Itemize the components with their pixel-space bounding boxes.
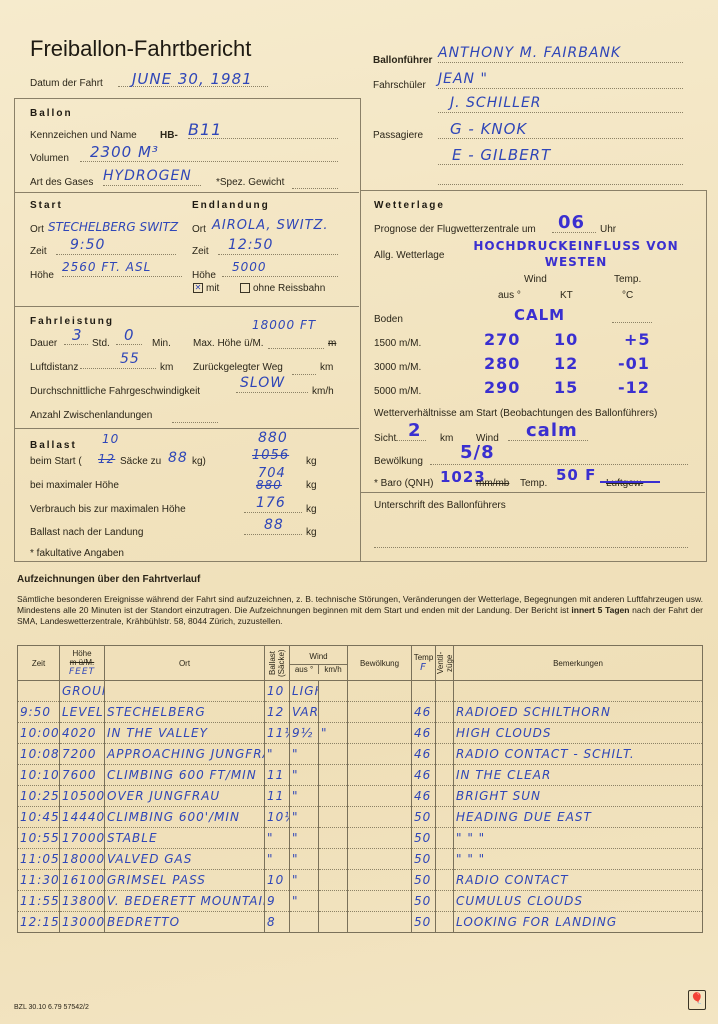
- ohne-label: ohne Reissbahn: [253, 283, 325, 294]
- baro-label: * Baro (QNH): [374, 478, 433, 489]
- log-cell-temp[interactable]: 50: [412, 807, 436, 828]
- ballast-nach-unit: kg: [306, 527, 317, 538]
- wind-row-1500: 1500 m/M. 270 10 +5: [374, 330, 694, 354]
- log-cell-ort[interactable]: V. BEDERETT MOUNTAIN: [105, 891, 265, 912]
- divider: [14, 428, 359, 429]
- log-cell-bem[interactable]: BRIGHT SUN: [454, 786, 703, 807]
- temp-value[interactable]: +5: [624, 330, 651, 349]
- landing-hoehe-value: 5000: [232, 260, 267, 274]
- bewoelkung-field[interactable]: 5/8: [430, 442, 688, 465]
- mit-checkbox[interactable]: ✕: [193, 283, 203, 293]
- log-cell-aus[interactable]: ": [290, 744, 319, 765]
- log-cell-temp[interactable]: 46: [412, 702, 436, 723]
- baro-unit: mm/mb: [476, 478, 509, 489]
- divider: [14, 306, 359, 307]
- landing-heading: Endlandung: [192, 200, 270, 211]
- log-cell-zeit[interactable]: 11:30: [18, 870, 60, 891]
- log-cell-aus[interactable]: VARIABLE: [290, 702, 319, 723]
- col-ballast: Ballast (Säcke): [265, 646, 290, 681]
- allg-wetterlage-label: Allg. Wetterlage: [374, 250, 444, 261]
- date-value: JUNE 30, 1981: [132, 70, 253, 88]
- col-bewoelkung: Bewölkung: [348, 646, 412, 681]
- wind-kt-value[interactable]: 10: [554, 330, 578, 349]
- wind-aus-value[interactable]: 270: [484, 330, 520, 349]
- log-cell-ort[interactable]: STABLE: [105, 828, 265, 849]
- log-row: 9:50LEVELSTECHELBERG12VARIABLE46RADIOED …: [18, 702, 703, 723]
- log-cell-bew[interactable]: [348, 807, 412, 828]
- c-col-label: °C: [622, 290, 633, 301]
- log-cell-aus[interactable]: [290, 912, 319, 933]
- log-cell-bew[interactable]: [348, 786, 412, 807]
- log-cell-zeit[interactable]: 11:05: [18, 849, 60, 870]
- log-cell-temp[interactable]: 46: [412, 765, 436, 786]
- log-body: GROUND10LIGHT &9:50LEVELSTECHELBERG12VAR…: [18, 681, 703, 933]
- maxhoehe-label: Max. Höhe ü/M.: [193, 338, 264, 349]
- log-cell-ort[interactable]: [105, 681, 265, 702]
- row-label: 1500 m/M.: [374, 338, 421, 349]
- log-cell-ventil[interactable]: [436, 681, 454, 702]
- allg-wetterlage-value: HOCHDRUCKEINFLUSS VON WESTEN: [456, 238, 696, 270]
- luftdistanz-unit: km: [160, 362, 173, 373]
- log-cell-temp[interactable]: 46: [412, 723, 436, 744]
- start-zeit-label: Zeit: [30, 246, 47, 257]
- saecke-new: 10: [102, 432, 119, 446]
- log-cell-bew[interactable]: [348, 828, 412, 849]
- log-cell-hoehe[interactable]: 7200: [60, 744, 105, 765]
- log-cell-kmh[interactable]: [319, 744, 348, 765]
- temp-obs-value[interactable]: 50 F: [556, 466, 596, 484]
- log-cell-kmh[interactable]: [319, 765, 348, 786]
- log-header-row: Zeit Höhem ü/M.FEET Ort Ballast (Säcke) …: [18, 646, 703, 681]
- gas-value: HYDROGEN: [103, 168, 192, 184]
- kg-per-sack: 88: [168, 450, 188, 466]
- row-label: Boden: [374, 314, 403, 325]
- passenger-value-2: E - GILBERT: [452, 146, 551, 164]
- student-value-1: JEAN ": [438, 71, 488, 87]
- log-cell-ort[interactable]: VALVED GAS: [105, 849, 265, 870]
- start-zeit-field[interactable]: 9:50: [56, 236, 176, 255]
- log-cell-bem[interactable]: LOOKING FOR LANDING: [454, 912, 703, 933]
- log-cell-ventil[interactable]: [436, 744, 454, 765]
- log-cell-aus[interactable]: ": [290, 870, 319, 891]
- log-cell-temp[interactable]: 50: [412, 849, 436, 870]
- zwischenlandungen-label: Anzahl Zwischenlandungen: [30, 410, 152, 421]
- log-cell-zeit[interactable]: 10:00: [18, 723, 60, 744]
- maxhoehe-field[interactable]: [268, 340, 324, 349]
- log-cell-kmh[interactable]: [319, 870, 348, 891]
- weg-label: Zurückgelegter Weg: [193, 362, 283, 373]
- id-field[interactable]: B11: [188, 120, 338, 139]
- dauer-std-field[interactable]: 3: [64, 326, 88, 345]
- log-cell-bew[interactable]: [348, 723, 412, 744]
- log-cell-zeit[interactable]: 10:45: [18, 807, 60, 828]
- col-hoehe-struck-unit: m ü/M.: [60, 658, 104, 667]
- log-cell-zeit[interactable]: 11:55: [18, 891, 60, 912]
- landing-ort-field[interactable]: AIROLA, SWITZ.: [212, 216, 329, 234]
- ballast-start-unit: kg: [306, 456, 317, 467]
- student-value-2: J. SCHILLER: [450, 95, 542, 111]
- wind-row-5000: 5000 m/M. 290 15 -12: [374, 378, 694, 402]
- luftdistanz-value: 55: [120, 351, 140, 367]
- passenger-value-1: G - KNOK: [450, 120, 527, 138]
- log-cell-ballast[interactable]: 8: [265, 912, 290, 933]
- log-cell-ventil[interactable]: [436, 807, 454, 828]
- temp-obs-label: Temp.: [520, 478, 547, 489]
- start-hoehe-label: Höhe: [30, 270, 54, 281]
- log-cell-ventil[interactable]: [436, 786, 454, 807]
- landing-hoehe-field[interactable]: 5000: [222, 258, 338, 277]
- luftgewicht-strike-mark: [600, 481, 660, 483]
- log-cell-aus[interactable]: ": [290, 786, 319, 807]
- log-cell-hoehe[interactable]: 7600: [60, 765, 105, 786]
- sicht-field[interactable]: 2: [396, 420, 426, 441]
- log-cell-ballast[interactable]: ": [265, 828, 290, 849]
- log-cell-ballast[interactable]: ": [265, 744, 290, 765]
- log-cell-ventil[interactable]: [436, 702, 454, 723]
- log-row: 10:107600CLIMBING 600 FT/MIN11"46IN THE …: [18, 765, 703, 786]
- ballon-heading: Ballon: [30, 108, 73, 119]
- ballast-start-new: 880: [258, 430, 288, 446]
- ballast-max-label: bei maximaler Höhe: [30, 480, 119, 491]
- log-cell-ventil[interactable]: [436, 870, 454, 891]
- log-cell-bew[interactable]: [348, 702, 412, 723]
- ballast-start-label: beim Start (: [30, 456, 82, 467]
- log-cell-hoehe[interactable]: 18000: [60, 849, 105, 870]
- log-cell-kmh[interactable]: [319, 891, 348, 912]
- temp-value[interactable]: -01: [618, 354, 650, 373]
- pilot-value: ANTHONY M. FAIRBANK: [438, 45, 621, 61]
- signature-field[interactable]: [374, 545, 688, 548]
- wind-aus-value[interactable]: CALM: [514, 306, 565, 324]
- col-bemerkungen: Bemerkungen: [454, 646, 703, 681]
- gas-label: Art des Gases: [30, 177, 93, 188]
- log-cell-kmh[interactable]: ": [319, 723, 348, 744]
- start-ort-field[interactable]: STECHELBERG SWITZ: [48, 218, 178, 236]
- flight-log-table: Zeit Höhem ü/M.FEET Ort Ballast (Säcke) …: [17, 645, 703, 933]
- col-ventil: Ventil-züge: [436, 646, 454, 681]
- uhr-label: Uhr: [600, 224, 616, 235]
- col-hoehe: Höhem ü/M.FEET: [60, 646, 105, 681]
- col-ort: Ort: [105, 646, 265, 681]
- saecke-label: Säcke zu: [120, 456, 161, 467]
- passenger-field-2[interactable]: E - GILBERT: [438, 146, 683, 165]
- col-temp: TempF: [412, 646, 436, 681]
- log-cell-zeit[interactable]: 10:55: [18, 828, 60, 849]
- aus-col-label: aus °: [498, 290, 521, 301]
- min-label: Min.: [152, 338, 171, 349]
- landing-zeit-field[interactable]: 12:50: [218, 236, 338, 255]
- log-cell-ventil[interactable]: [436, 723, 454, 744]
- log-cell-bem[interactable]: " " ": [454, 849, 703, 870]
- id-label: Kennzeichen und Name: [30, 130, 137, 141]
- log-cell-ventil[interactable]: [436, 849, 454, 870]
- form-page: Freiballon-Fahrtbericht Datum der Fahrt …: [0, 0, 718, 1024]
- log-cell-ort[interactable]: OVER JUNGFRAU: [105, 786, 265, 807]
- speed-value: SLOW: [240, 375, 285, 391]
- log-cell-bew[interactable]: [348, 681, 412, 702]
- log-cell-hoehe[interactable]: GROUND: [60, 681, 105, 702]
- sicht-label: Sicht: [374, 433, 396, 444]
- student-label: Fahrschüler: [373, 80, 426, 91]
- log-row: 10:4514440CLIMBING 600'/MIN10½"50HEADING…: [18, 807, 703, 828]
- log-cell-hoehe[interactable]: LEVEL: [60, 702, 105, 723]
- ohne-checkbox[interactable]: [240, 283, 250, 293]
- log-cell-ort[interactable]: BEDRETTO: [105, 912, 265, 933]
- log-cell-ventil[interactable]: [436, 828, 454, 849]
- form-title: Freiballon-Fahrtbericht: [30, 36, 251, 62]
- id-value: B11: [188, 120, 222, 139]
- log-cell-bem[interactable]: [454, 681, 703, 702]
- sicht-value: 2: [408, 420, 422, 441]
- log-cell-zeit[interactable]: [18, 681, 60, 702]
- log-cell-zeit[interactable]: 10:25: [18, 786, 60, 807]
- row-label: 3000 m/M.: [374, 362, 421, 373]
- dauer-min-value: 0: [124, 326, 135, 344]
- log-cell-ventil[interactable]: [436, 891, 454, 912]
- m-unit: m: [328, 338, 336, 349]
- log-cell-zeit[interactable]: 10:10: [18, 765, 60, 786]
- start-ort-label: Ort: [30, 224, 44, 235]
- log-instructions: Sämtliche besonderen Ereignisse während …: [17, 594, 703, 627]
- luftgewicht-label: Luftgew.: [606, 478, 643, 489]
- balloon-logo-icon: 🎈: [688, 990, 706, 1010]
- prognose-value: 06: [558, 212, 585, 233]
- wind-aus-value[interactable]: 280: [484, 354, 520, 373]
- ballast-start-old: 1056: [252, 448, 289, 463]
- ballast-nach-value: 88: [264, 517, 284, 533]
- weg-unit: km: [320, 362, 333, 373]
- log-cell-bem[interactable]: IN THE CLEAR: [454, 765, 703, 786]
- verbrauch-value: 176: [256, 495, 286, 511]
- log-cell-kmh[interactable]: [319, 912, 348, 933]
- speed-label: Durchschnittliche Fahrgeschwindigkeit: [30, 386, 200, 397]
- log-row: 11:0518000VALVED GAS""50" " ": [18, 849, 703, 870]
- wind-row-3000: 3000 m/M. 280 12 -01: [374, 354, 694, 378]
- ballast-nach-field[interactable]: 88: [244, 516, 302, 535]
- log-cell-bem[interactable]: RADIO CONTACT: [454, 870, 703, 891]
- log-cell-ort[interactable]: APPROACHING JUNGFRAU: [105, 744, 265, 765]
- log-cell-aus[interactable]: 9½: [290, 723, 319, 744]
- log-cell-hoehe[interactable]: 16100: [60, 870, 105, 891]
- pilot-field[interactable]: ANTHONY M. FAIRBANK: [438, 44, 683, 63]
- start-hoehe-field[interactable]: 2560 FT. ASL: [62, 258, 182, 277]
- luftdistanz-field[interactable]: 55: [80, 350, 156, 369]
- col-ballast-label: Ballast (Säcke): [268, 647, 286, 679]
- dauer-min-field[interactable]: 0: [116, 326, 142, 345]
- landing-ort-label: Ort: [192, 224, 206, 235]
- wind-kt-value[interactable]: 12: [554, 354, 578, 373]
- kt-col-label: KT: [560, 290, 573, 301]
- log-row: 10:004020IN THE VALLEY11½9½"46HIGH CLOUD…: [18, 723, 703, 744]
- bewoelkung-value: 5/8: [460, 442, 495, 463]
- speed-field[interactable]: SLOW: [236, 374, 308, 393]
- log-cell-temp[interactable]: 50: [412, 891, 436, 912]
- prognose-field[interactable]: 06: [552, 212, 596, 233]
- passenger-field-3[interactable]: [438, 170, 683, 185]
- start-heading: Start: [30, 200, 63, 211]
- temp-field[interactable]: [612, 310, 652, 323]
- log-cell-kmh[interactable]: [319, 828, 348, 849]
- col-zeit: Zeit: [18, 646, 60, 681]
- log-cell-kmh[interactable]: [319, 786, 348, 807]
- log-cell-hoehe[interactable]: 10500: [60, 786, 105, 807]
- volume-value: 2300 M³: [90, 143, 159, 161]
- student-field-2[interactable]: J. SCHILLER: [438, 94, 683, 113]
- log-cell-hoehe[interactable]: 4020: [60, 723, 105, 744]
- spec-weight-label: *Spez. Gewicht: [216, 177, 284, 188]
- zwischenlandungen-field[interactable]: [172, 414, 218, 423]
- std-label: Std.: [92, 338, 110, 349]
- prognose-label: Prognose der Flugwetterzentrale um: [374, 224, 536, 235]
- divider: [360, 492, 705, 493]
- log-cell-zeit[interactable]: 12:15: [18, 912, 60, 933]
- start-zeit-value: 9:50: [70, 237, 105, 253]
- speed-unit: km/h: [312, 386, 334, 397]
- log-cell-ballast[interactable]: 11: [265, 786, 290, 807]
- log-cell-kmh[interactable]: [319, 807, 348, 828]
- log-cell-bew[interactable]: [348, 870, 412, 891]
- mit-label: mit: [206, 283, 219, 294]
- log-cell-temp[interactable]: 50: [412, 828, 436, 849]
- date-label: Datum der Fahrt: [30, 78, 103, 89]
- wetterlage-heading: Wetterlage: [374, 200, 445, 211]
- log-cell-bew[interactable]: [348, 891, 412, 912]
- log-cell-ballast[interactable]: 11: [265, 765, 290, 786]
- row-label: 5000 m/M.: [374, 386, 421, 397]
- ballast-heading: Ballast: [30, 440, 77, 451]
- passengers-label: Passagiere: [373, 130, 423, 141]
- log-cell-bew[interactable]: [348, 849, 412, 870]
- kg-paren-label: kg): [192, 456, 206, 467]
- log-cell-ort[interactable]: GRIMSEL PASS: [105, 870, 265, 891]
- dauer-label: Dauer: [30, 338, 57, 349]
- log-cell-aus[interactable]: ": [290, 807, 319, 828]
- log-cell-bem[interactable]: RADIOED SCHILTHORN: [454, 702, 703, 723]
- col-temp-label: Temp: [412, 653, 435, 662]
- log-cell-kmh[interactable]: [319, 849, 348, 870]
- landing-zeit-value: 12:50: [228, 237, 273, 253]
- ohne-reissbahn-option[interactable]: ohne Reissbahn: [240, 283, 325, 294]
- temp-value[interactable]: -12: [618, 378, 650, 397]
- col-temp-unit: F: [412, 662, 435, 673]
- wind-kt-value[interactable]: 15: [554, 378, 578, 397]
- wind-aus-value[interactable]: 290: [484, 378, 520, 397]
- log-cell-ballast[interactable]: 11½: [265, 723, 290, 744]
- footnote: * fakultative Angaben: [30, 548, 124, 559]
- log-cell-temp[interactable]: [412, 681, 436, 702]
- log-cell-bem[interactable]: HIGH CLOUDS: [454, 723, 703, 744]
- log-cell-hoehe[interactable]: 14440: [60, 807, 105, 828]
- col-wind: Windaus °km/h: [290, 646, 348, 681]
- log-cell-ventil[interactable]: [436, 765, 454, 786]
- log-cell-bem[interactable]: RADIO CONTACT - SCHILT.: [454, 744, 703, 765]
- luftdistanz-label: Luftdistanz: [30, 362, 78, 373]
- ballast-max-old: 880: [256, 478, 282, 492]
- start-ort-value: STECHELBERG SWITZ: [48, 220, 178, 234]
- log-heading: Aufzeichnungen über den Fahrtverlauf: [17, 574, 200, 585]
- log-cell-zeit[interactable]: 9:50: [18, 702, 60, 723]
- log-row: 11:5513800V. BEDERETT MOUNTAIN9"50CUMULU…: [18, 891, 703, 912]
- log-cell-ort[interactable]: IN THE VALLEY: [105, 723, 265, 744]
- log-cell-kmh[interactable]: [319, 681, 348, 702]
- log-cell-aus[interactable]: ": [290, 765, 319, 786]
- col-wind-kmh: km/h: [319, 665, 347, 674]
- log-cell-ort[interactable]: CLIMBING 600'/MIN: [105, 807, 265, 828]
- maxhoehe-value: 18000 FT: [252, 318, 316, 332]
- divider: [14, 192, 359, 193]
- log-cell-ventil[interactable]: [436, 912, 454, 933]
- col-wind-label: Wind: [290, 652, 347, 661]
- log-cell-aus[interactable]: ": [290, 849, 319, 870]
- log-cell-kmh[interactable]: [319, 702, 348, 723]
- log-cell-bem[interactable]: CUMULUS CLOUDS: [454, 891, 703, 912]
- date-field[interactable]: JUNE 30, 1981: [118, 70, 268, 87]
- col-wind-aus: aus °: [290, 665, 319, 674]
- log-cell-aus[interactable]: LIGHT &: [290, 681, 319, 702]
- log-row: 10:2510500OVER JUNGFRAU11"46BRIGHT SUN: [18, 786, 703, 807]
- volume-label: Volumen: [30, 153, 69, 164]
- form-code: BZL 30.10 6.79 57542/2: [14, 1004, 89, 1011]
- log-cell-ort[interactable]: CLIMBING 600 FT/MIN: [105, 765, 265, 786]
- wind-obs-field[interactable]: calm: [508, 420, 588, 441]
- wind-row-boden: Boden CALM: [374, 306, 694, 330]
- instructions-deadline: innert 5 Tagen: [571, 605, 629, 615]
- passenger-field-1[interactable]: G - KNOK: [438, 120, 683, 139]
- log-cell-ort[interactable]: STECHELBERG: [105, 702, 265, 723]
- log-cell-ballast[interactable]: 9: [265, 891, 290, 912]
- ballast-nach-label: Ballast nach der Landung: [30, 527, 143, 538]
- log-row: 10:087200APPROACHING JUNGFRAU""46RADIO C…: [18, 744, 703, 765]
- log-cell-ballast[interactable]: 10½: [265, 807, 290, 828]
- log-cell-bew[interactable]: [348, 744, 412, 765]
- log-cell-bem[interactable]: HEADING DUE EAST: [454, 807, 703, 828]
- verbrauch-label: Verbrauch bis zur maximalen Höhe: [30, 504, 186, 515]
- volume-field[interactable]: 2300 M³: [80, 143, 338, 162]
- gas-field[interactable]: HYDROGEN: [103, 167, 201, 186]
- mit-option[interactable]: ✕mit: [193, 283, 219, 294]
- student-field-1[interactable]: JEAN ": [438, 70, 683, 89]
- log-cell-hoehe[interactable]: 17000: [60, 828, 105, 849]
- log-cell-ballast[interactable]: 10: [265, 870, 290, 891]
- col-hoehe-label: Höhe: [60, 649, 104, 658]
- log-cell-hoehe[interactable]: 13000: [60, 912, 105, 933]
- log-cell-temp[interactable]: 46: [412, 786, 436, 807]
- log-cell-bew[interactable]: [348, 765, 412, 786]
- log-cell-temp[interactable]: 50: [412, 870, 436, 891]
- log-cell-ballast[interactable]: ": [265, 849, 290, 870]
- log-cell-ballast[interactable]: 10: [265, 681, 290, 702]
- saecke-old: 12: [98, 452, 115, 466]
- observations-label: Wetterverhältnisse am Start (Beobachtung…: [374, 408, 657, 419]
- landing-ort-value: AIROLA, SWITZ.: [212, 218, 329, 233]
- log-cell-hoehe[interactable]: 13800: [60, 891, 105, 912]
- wind-aloft-table: Boden CALM 1500 m/M. 270 10 +5 3000 m/M.…: [374, 306, 694, 402]
- pilot-label: Ballonführer: [373, 55, 432, 66]
- log-cell-aus[interactable]: ": [290, 891, 319, 912]
- log-cell-zeit[interactable]: 10:08: [18, 744, 60, 765]
- log-cell-temp[interactable]: 50: [412, 912, 436, 933]
- log-row: 12:1513000BEDRETTO850LOOKING FOR LANDING: [18, 912, 703, 933]
- log-cell-ballast[interactable]: 12: [265, 702, 290, 723]
- log-cell-aus[interactable]: ": [290, 828, 319, 849]
- spec-weight-field[interactable]: [292, 180, 338, 189]
- log-cell-temp[interactable]: 46: [412, 744, 436, 765]
- log-cell-bew[interactable]: [348, 912, 412, 933]
- landing-hoehe-label: Höhe: [192, 270, 216, 281]
- verbrauch-field[interactable]: 176: [244, 494, 302, 513]
- landing-zeit-label: Zeit: [192, 246, 209, 257]
- log-cell-bem[interactable]: " " ": [454, 828, 703, 849]
